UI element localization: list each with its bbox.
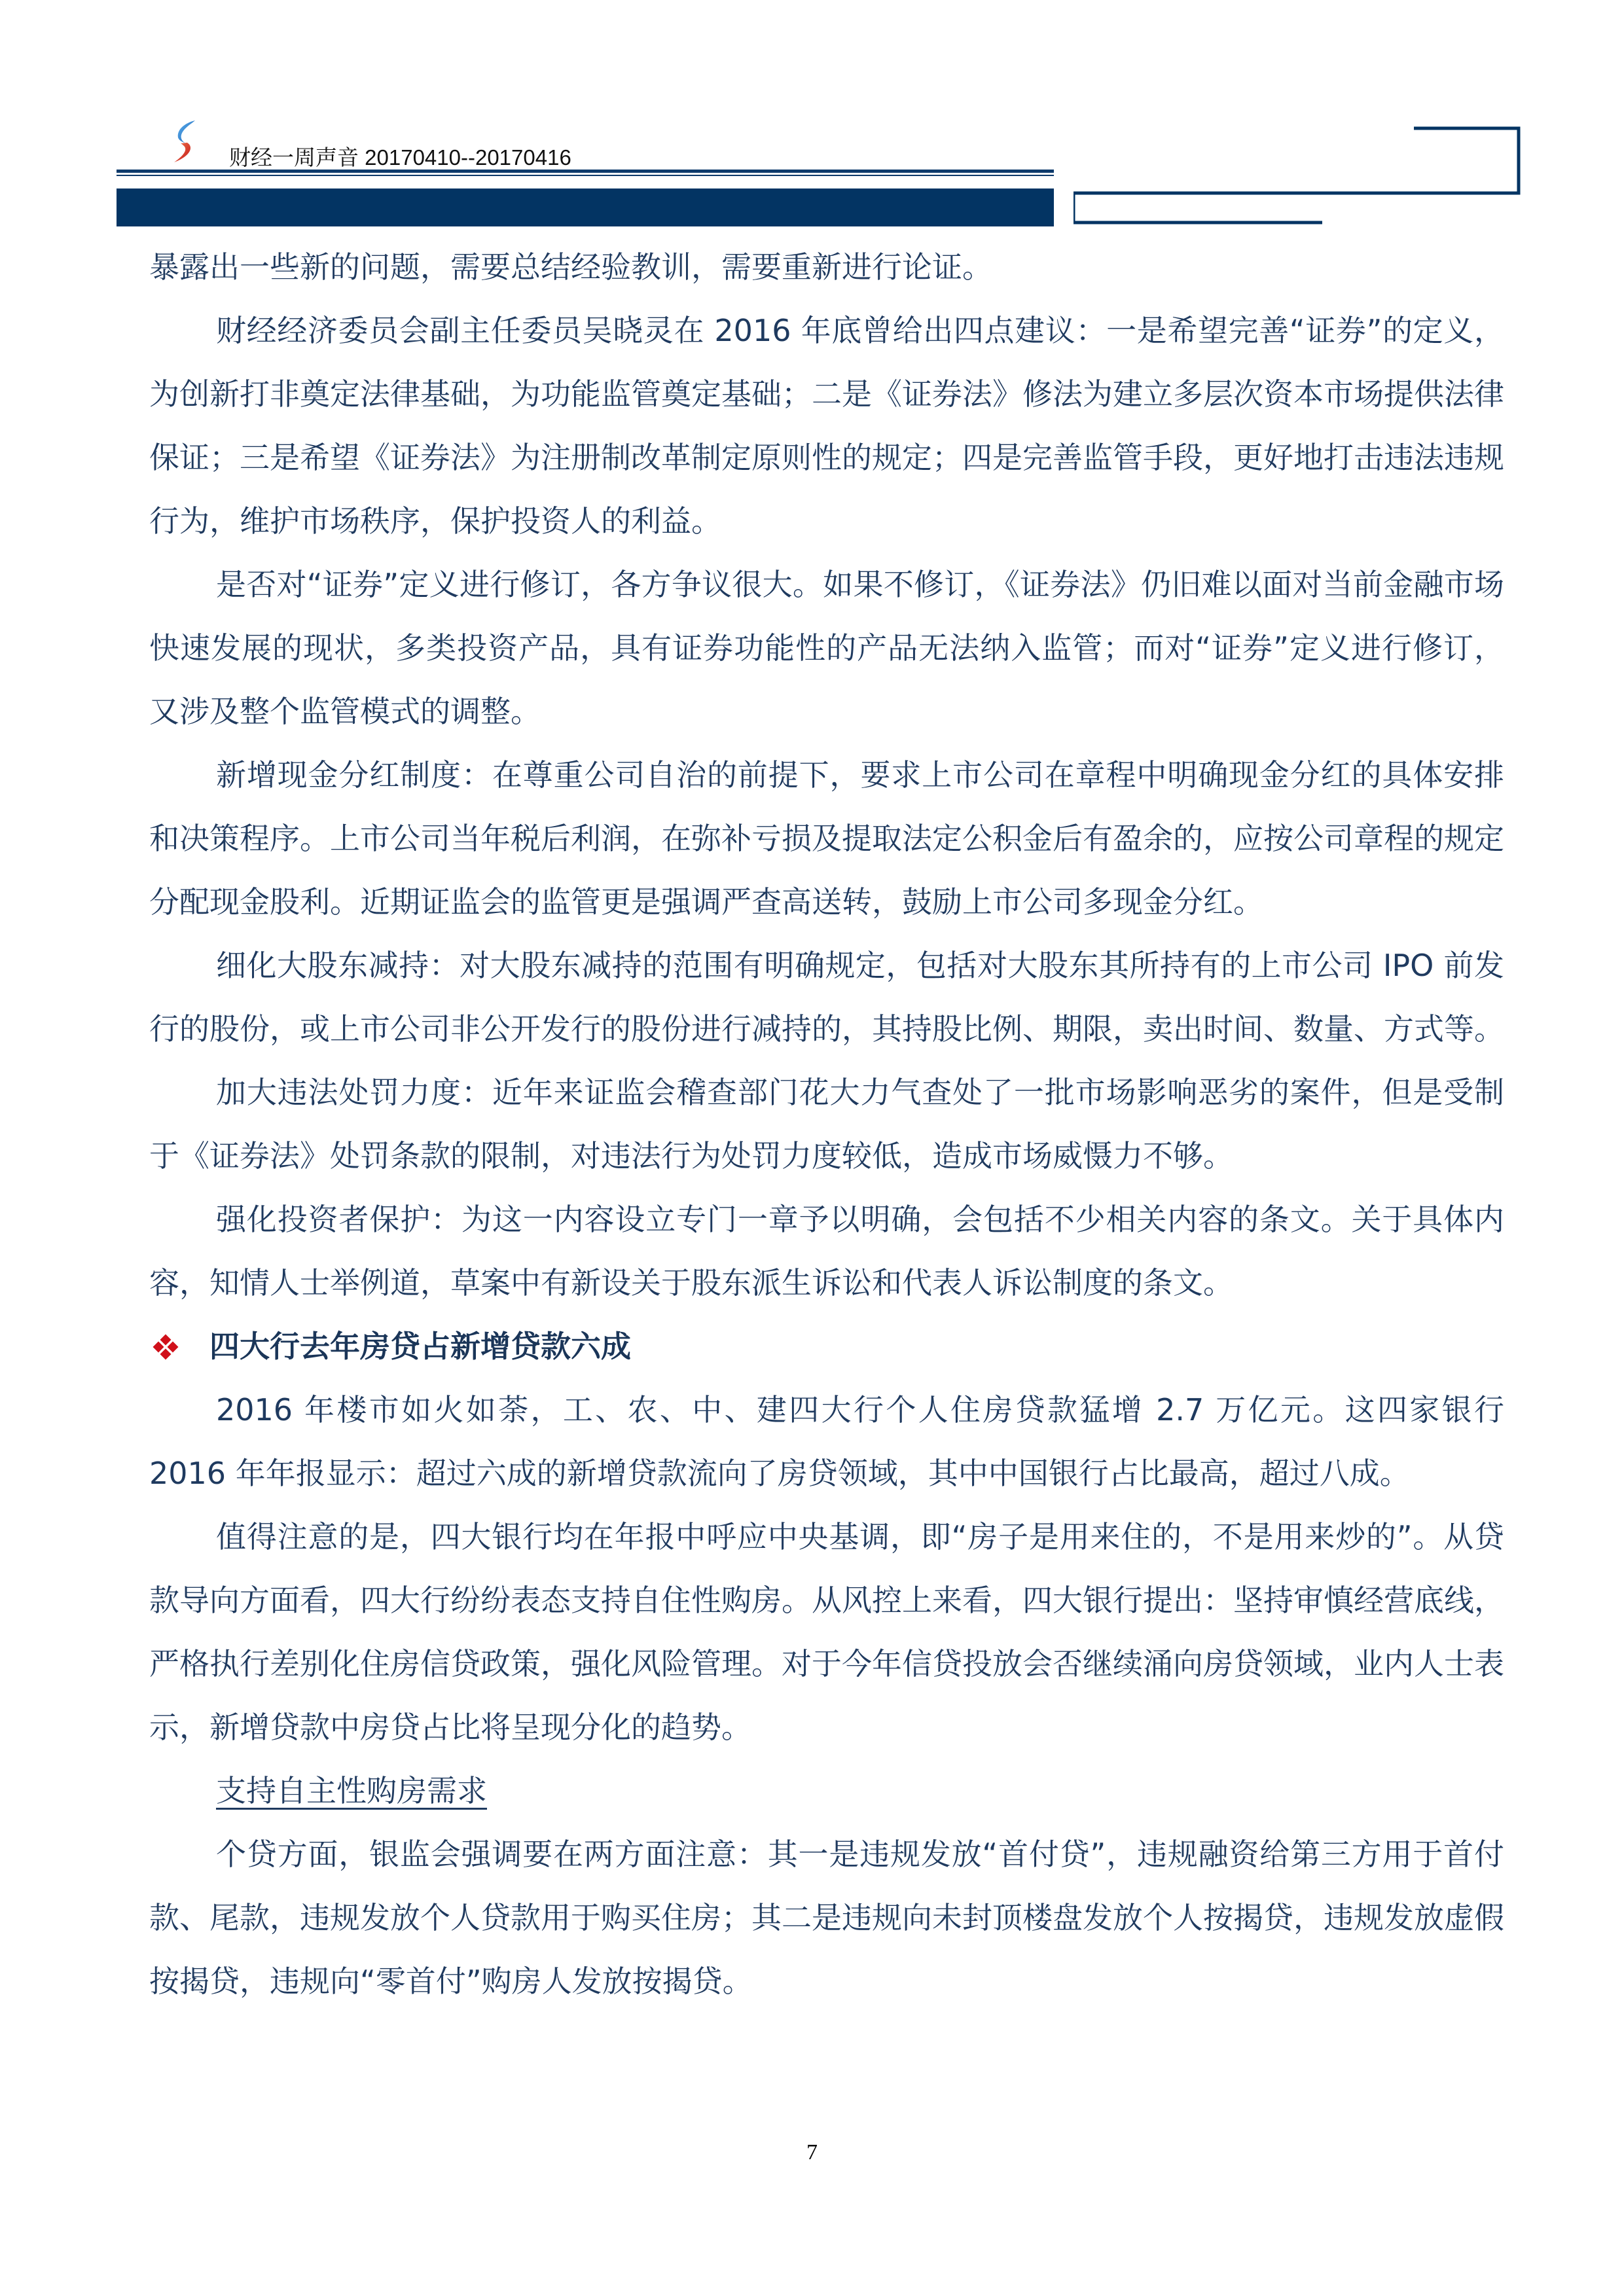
- subheading: 支持自主性购房需求: [149, 1759, 1504, 1823]
- header-band: [117, 188, 1054, 226]
- paragraph: 2016 年楼市如火如荼，工、农、中、建四大行个人住房贷款猛增 2.7 万亿元。…: [149, 1378, 1504, 1505]
- paragraph: 财经经济委员会副主任委员吴晓灵在 2016 年底曾给出四点建议：一是希望完善“证…: [149, 299, 1504, 553]
- s-swoosh-logo-icon: [171, 119, 198, 165]
- red-diamond-bullet-icon: [154, 1336, 177, 1358]
- paragraph: 强化投资者保护：为这一内容设立专门一章予以明确，会包括不少相关内容的条文。关于具…: [149, 1188, 1504, 1315]
- header-rule-thin: [117, 175, 1054, 176]
- section-heading: 四大行去年房贷占新增贷款六成: [149, 1315, 1504, 1378]
- paragraph: 加大违法处罚力度：近年来证监会稽查部门花大力气查处了一批市场影响恶劣的案件，但是…: [149, 1061, 1504, 1188]
- section-heading-text: 四大行去年房贷占新增贷款六成: [209, 1315, 631, 1378]
- paragraph: 新增现金分红制度：在尊重公司自治的前提下，要求上市公司在章程中明确现金分红的具体…: [149, 744, 1504, 934]
- subheading-text: 支持自主性购房需求: [216, 1773, 487, 1808]
- document-body: 暴露出一些新的问题，需要总结经验教训，需要重新进行论证。 财经经济委员会副主任委…: [149, 236, 1504, 2013]
- paragraph: 值得注意的是，四大银行均在年报中呼应中央基调，即“房子是用来住的，不是用来炒的”…: [149, 1505, 1504, 1759]
- header-bracket-decoration: [1074, 124, 1532, 229]
- paragraph: 细化大股东减持：对大股东减持的范围有明确规定，包括对大股东其所持有的上市公司 I…: [149, 934, 1504, 1061]
- page-number: 7: [0, 2140, 1624, 2165]
- paragraph: 个贷方面，银监会强调要在两方面注意：其一是违规发放“首付贷”，违规融资给第三方用…: [149, 1823, 1504, 2013]
- paragraph: 暴露出一些新的问题，需要总结经验教训，需要重新进行论证。: [149, 236, 1504, 299]
- header-rule-thick: [117, 170, 1054, 173]
- header-title: 财经一周声音 20170410--20170416: [229, 141, 571, 171]
- paragraph: 是否对“证券”定义进行修订，各方争议很大。如果不修订，《证券法》仍旧难以面对当前…: [149, 553, 1504, 744]
